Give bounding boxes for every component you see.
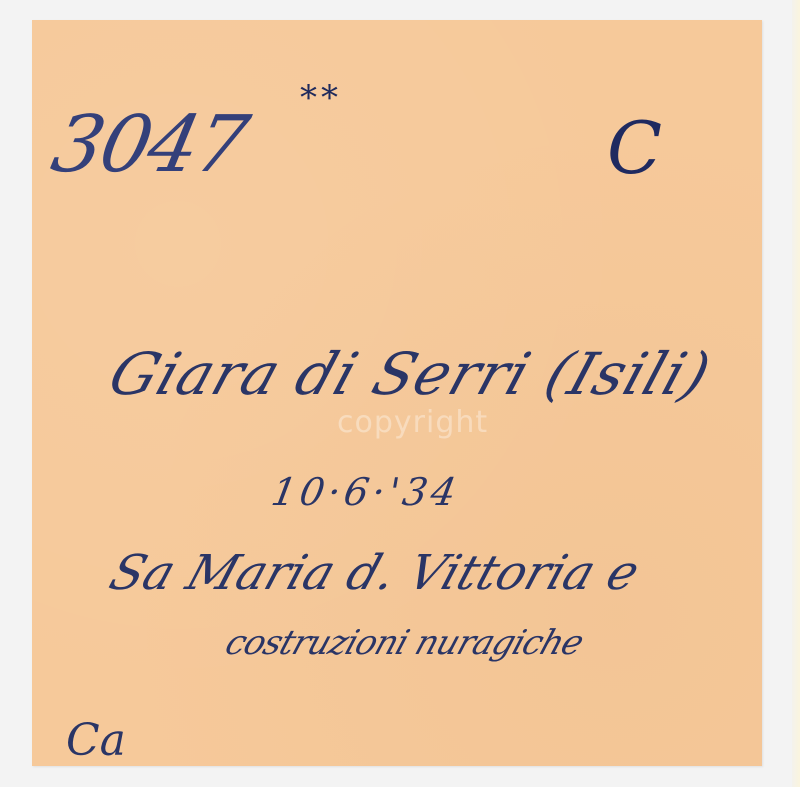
place-line: Sa Maria d. Vittoria e [103,545,646,601]
region-code: Ca [66,715,126,766]
site-name: Giara di Serri (Isili) [101,340,720,408]
backdrop-edge [792,0,800,787]
catalog-number: 3047 [44,100,254,190]
catalog-asterisks: ** [300,78,342,118]
date: 10·6·'34 [268,470,463,514]
catalog-card: 3047 ** C Giara di Serri (Isili) 10·6·'3… [32,20,762,766]
copyright-watermark: copyright [337,405,488,440]
category-letter: C [607,106,662,190]
description-line: costruzioni nuragiche [221,623,589,663]
